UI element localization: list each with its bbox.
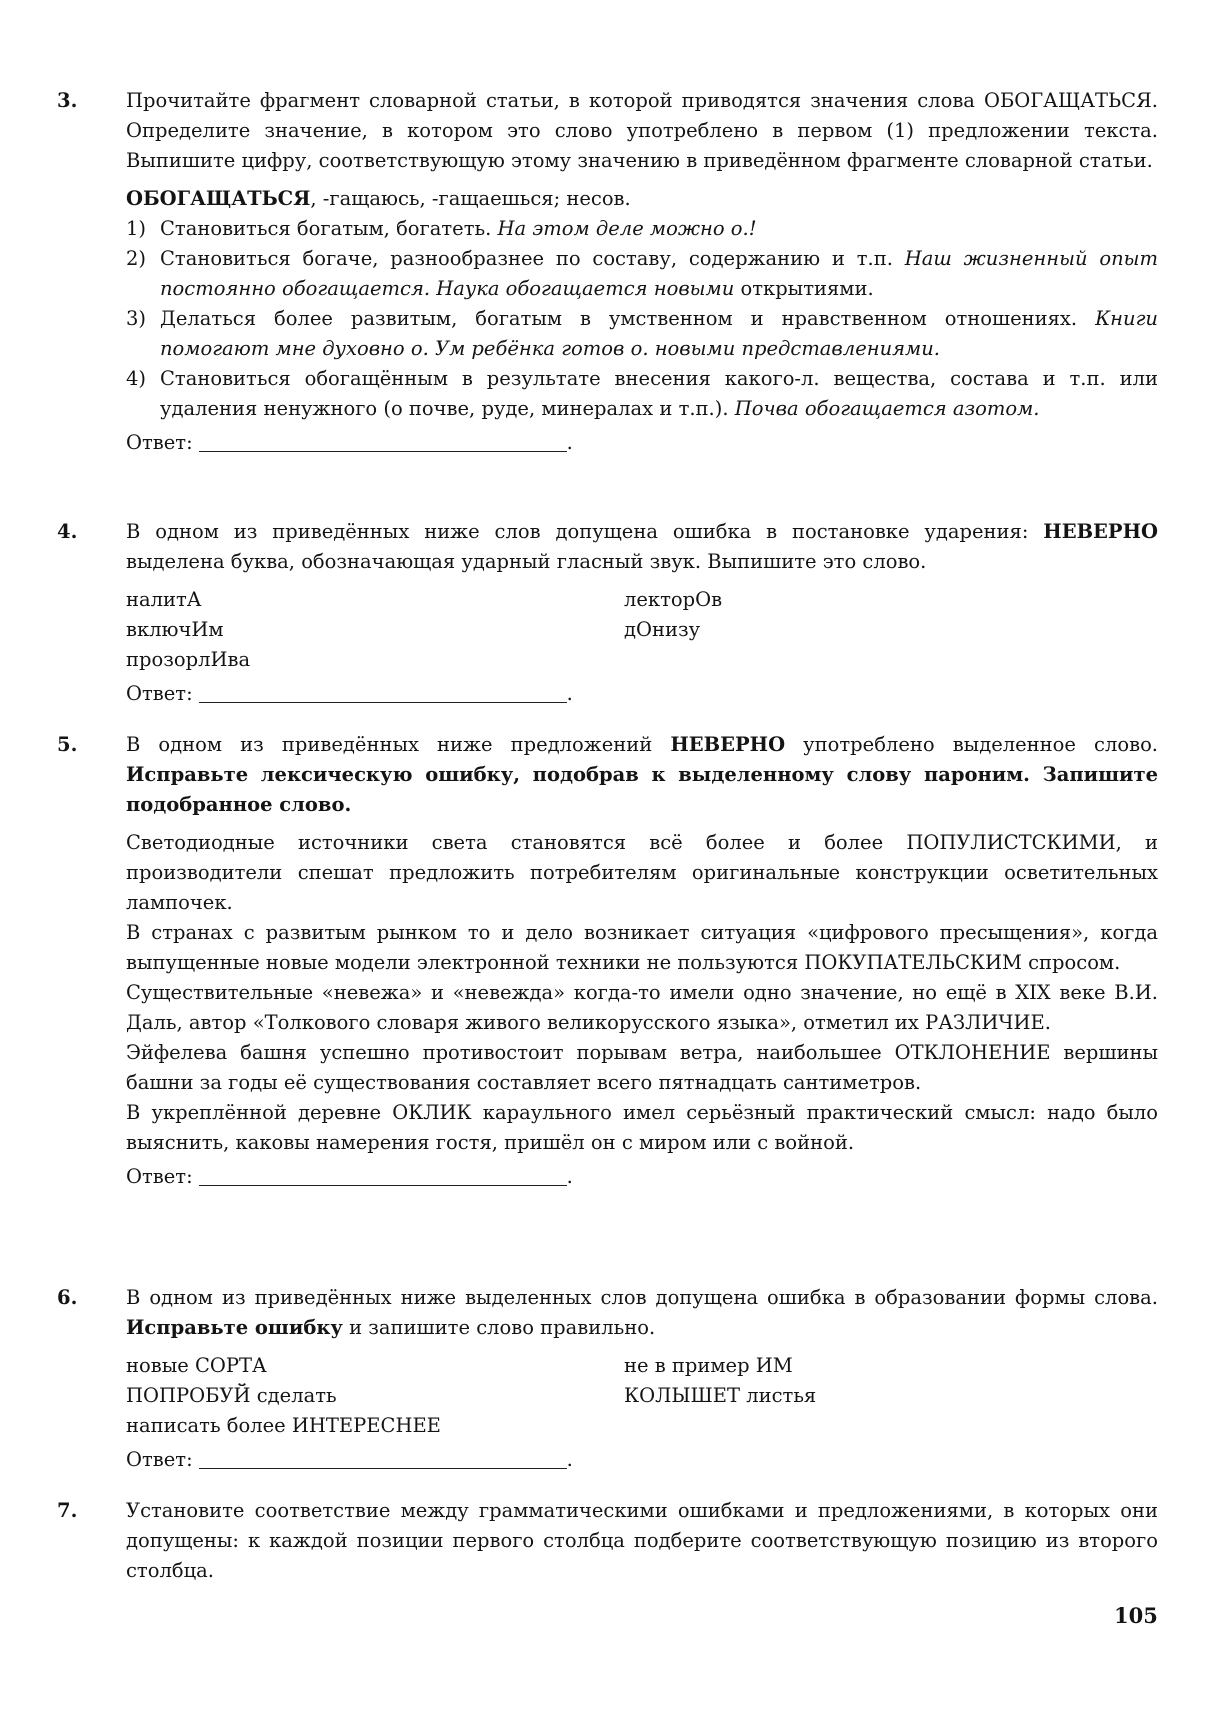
word-option: КОЛЫШЕТ листья [624,1381,1024,1411]
word-option: налитА [126,585,624,615]
sentence: Эйфелева башня успешно противостоит поры… [126,1038,1158,1098]
task-number: 4. [57,517,77,547]
definition-example: Почва обогащается азотом. [735,397,1040,420]
word-option: ПОПРОБУЙ сделать [126,1381,624,1411]
definition-number: 4) [126,364,160,424]
definition-text: Становиться богаче, разнообразнее по сос… [160,247,905,270]
instruction-emphasis: Исправьте лексическую ошибку, подобрав к… [126,763,1158,816]
instruction-text: В одном из приведённых ниже слов допущен… [126,520,1043,543]
dictionary-headline: ОБОГАЩАТЬСЯ, -гащаюсь, -гащаешься; несов… [126,184,1158,214]
answer-label: Ответ: [126,679,193,709]
task-instruction: В одном из приведённых ниже слов допущен… [126,517,1158,577]
answer-label: Ответ: [126,1162,193,1192]
instruction-text: употреблено выделенное слово. [785,733,1158,756]
word-option: написать более ИНТЕРЕСНЕЕ [126,1411,624,1441]
answer-row: Ответ: . [126,428,1158,458]
instruction-text: В одном из приведённых ниже предложений [126,733,670,756]
answer-field[interactable] [199,1448,567,1469]
instruction-emphasis: НЕВЕРНО [670,733,785,756]
instruction-emphasis: Исправьте ошибку [126,1316,343,1339]
definition-2: 2) Становиться богаче, разнообразнее по … [126,244,1158,304]
definition-4: 4) Становиться обогащённым в результате … [126,364,1158,424]
answer-label: Ответ: [126,1445,193,1475]
sentence: В странах с развитым рынком то и дело во… [126,918,1158,978]
instruction-emphasis: НЕВЕРНО [1043,520,1158,543]
word-options: новые СОРТА не в пример ИМ ПОПРОБУЙ сдел… [126,1351,1158,1441]
task-instruction: Прочитайте фрагмент словарной статьи, в … [126,86,1158,176]
answer-label: Ответ: [126,428,193,458]
task-number: 7. [57,1496,77,1526]
answer-period: . [567,428,573,458]
definition-text: Делаться более развитым, богатым в умств… [160,307,1095,330]
task-number: 3. [57,86,77,116]
instruction-text: В одном из приведённых ниже выделенных с… [126,1286,1158,1309]
word-option: новые СОРТА [126,1351,624,1381]
definition-1: 1) Становиться богатым, богатеть. На это… [126,214,1158,244]
sentence: Существительные «невежа» и «невежда» ког… [126,978,1158,1038]
answer-period: . [567,1445,573,1475]
definition-text: Становиться богатым, богатеть. [160,217,498,240]
answer-field[interactable] [199,431,567,452]
definition-number: 2) [126,244,160,304]
answer-row: Ответ: . [126,679,1158,709]
page-number: 105 [1114,1601,1158,1631]
definition-example: На этом деле можно о.! [498,217,757,240]
definition-number: 1) [126,214,160,244]
word-option: прозорлИва [126,645,624,675]
instruction-text: и запишите слово правильно. [343,1316,655,1339]
task-number: 6. [57,1283,77,1313]
answer-period: . [567,1162,573,1192]
sentence: В укреплённой деревне ОКЛИК караульного … [126,1098,1158,1158]
definition-3: 3) Делаться более развитым, богатым в ум… [126,304,1158,364]
task-instruction: Установите соответствие между грамматиче… [126,1496,1158,1586]
answer-row: Ответ: . [126,1445,1158,1475]
answer-field[interactable] [199,682,567,703]
headword: ОБОГАЩАТЬСЯ [126,187,310,210]
task-number: 5. [57,730,77,760]
grammar-info: , -гащаюсь, -гащаешься; несов. [310,187,630,210]
definition-tail: открытиями. [734,277,873,300]
task-instruction: В одном из приведённых ниже выделенных с… [126,1283,1158,1343]
answer-field[interactable] [199,1165,567,1186]
word-option: не в пример ИМ [624,1351,1024,1381]
word-option: лекторОв [624,585,1024,615]
word-option: включИм [126,615,624,645]
definition-number: 3) [126,304,160,364]
instruction-text: выделена буква, обозначающая ударный гла… [126,550,926,573]
word-options: налитА лекторОв включИм дОнизу прозорлИв… [126,585,1158,675]
task-instruction: В одном из приведённых ниже предложений … [126,730,1158,820]
answer-period: . [567,679,573,709]
word-option: дОнизу [624,615,1024,645]
sentence: Светодиодные источники света становятся … [126,828,1158,918]
answer-row: Ответ: . [126,1162,1158,1192]
